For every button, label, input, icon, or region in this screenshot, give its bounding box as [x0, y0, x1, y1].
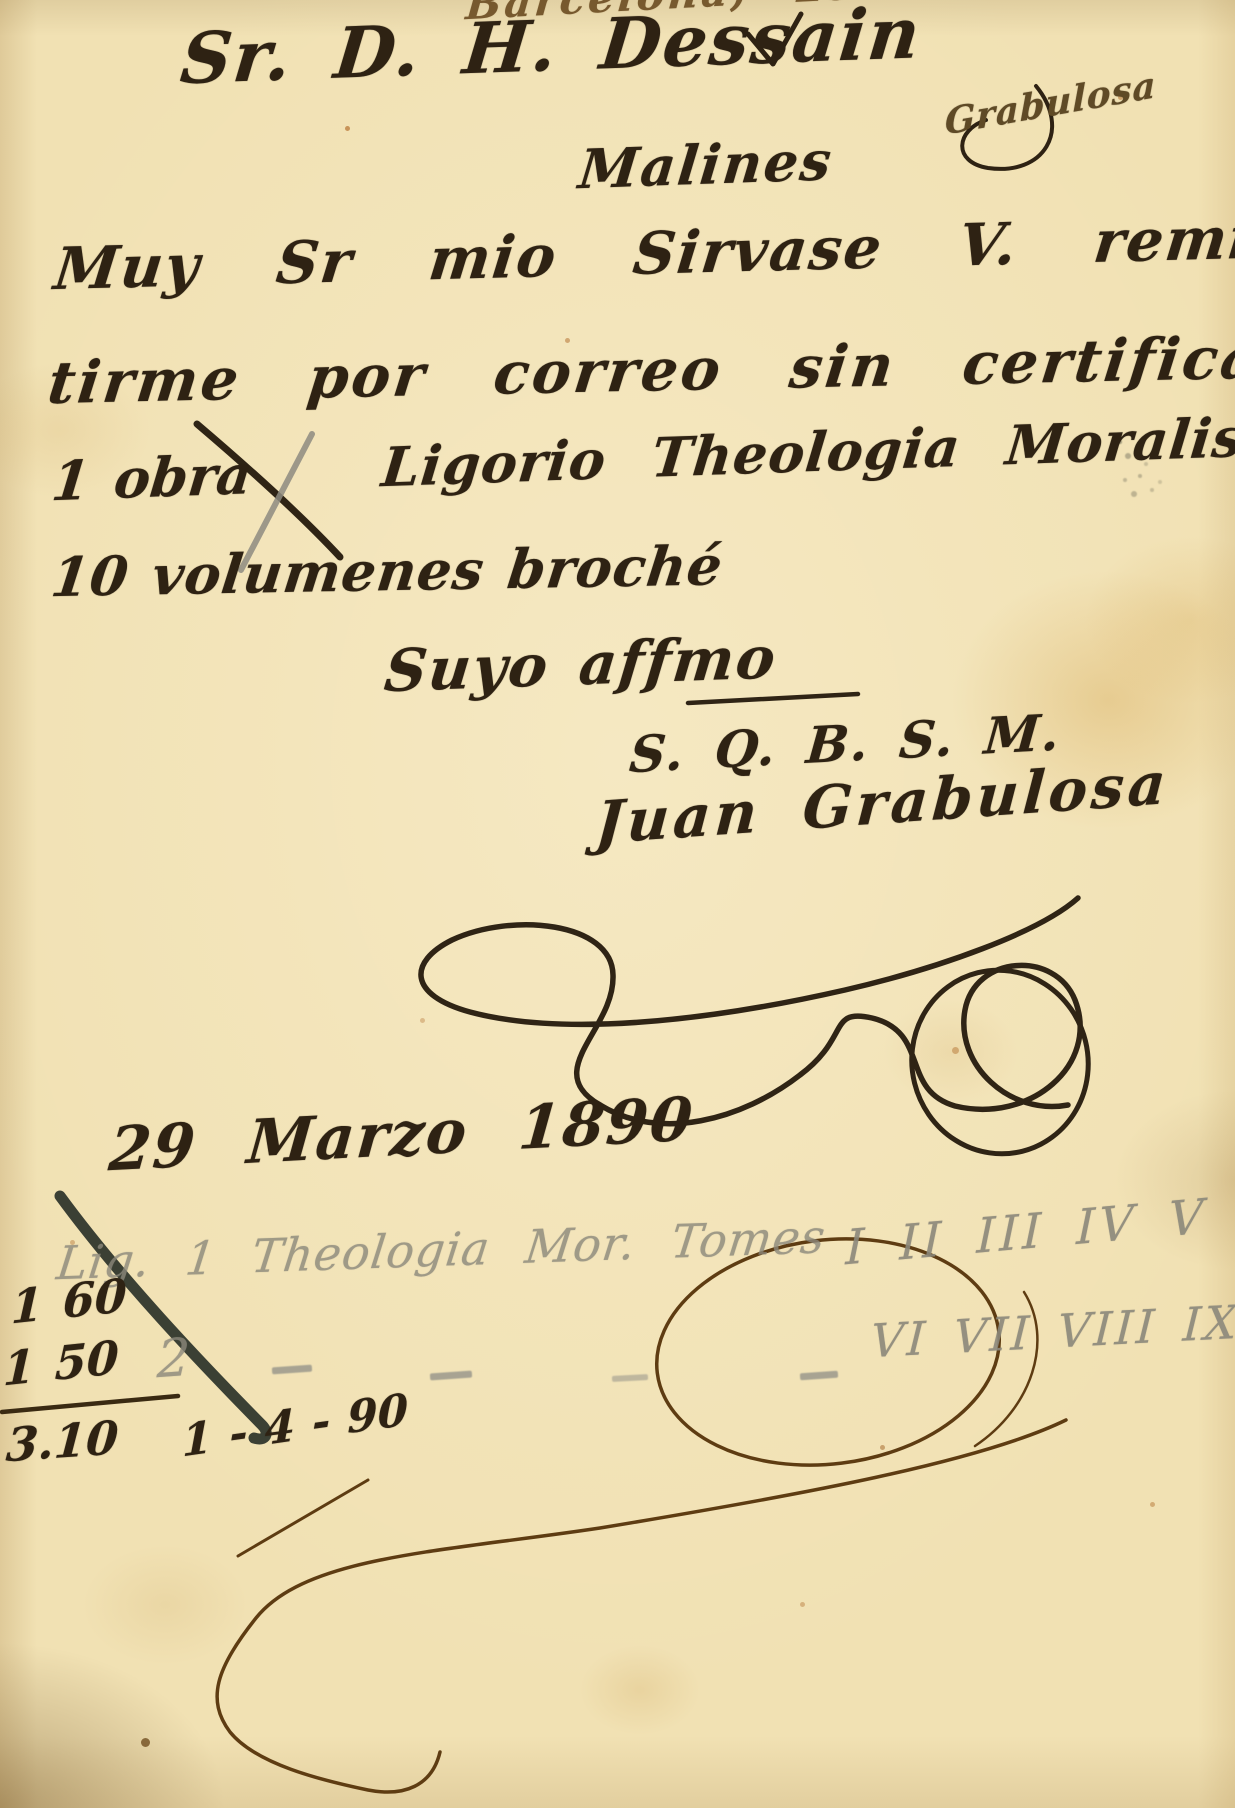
- letter-date: 29 Marzo 1890: [107, 1089, 697, 1180]
- postcard-scan: Barcelona, 29 mars 90 Sr. D. H. Dessain …: [0, 0, 1235, 1808]
- price-line-1: 1 60: [10, 1272, 127, 1331]
- recipient-annotation: Grabulosa: [945, 67, 1156, 141]
- price-line-2: 1 50: [2, 1334, 119, 1393]
- body-line-2: tirme por correo sin certificar: [45, 328, 1235, 412]
- tome-numerals-row-2: VI VII VIII IX X: [870, 1295, 1235, 1364]
- tome-numerals-row-1: I II III IV V: [845, 1192, 1208, 1272]
- body-line-4: 10 volumenes broché: [48, 538, 726, 604]
- signature-flourish-oval: [892, 951, 1107, 1172]
- pencil-ditto-dash-1: [272, 1365, 312, 1375]
- date-note-underline: [238, 1480, 368, 1556]
- body-line-3-title: Ligorio Theologia Moralis: [379, 410, 1235, 494]
- pencil-ditto-dash-2: [430, 1371, 472, 1381]
- body-line-3-quantity: 1 obra: [49, 447, 254, 508]
- valediction: Suyo affmo: [382, 628, 780, 700]
- sum-line: [2, 1396, 178, 1412]
- pencil-ditto-dash-3: [612, 1374, 648, 1382]
- pencil-note-line-1: Lig. 1 Theologia Mor. Tomes: [54, 1213, 828, 1286]
- fulfillment-date-note: 1 - 4 - 90: [182, 1388, 408, 1464]
- pencil-ditto-dash-4: [800, 1371, 838, 1381]
- valediction-dash: [688, 694, 858, 703]
- recipient-line: Sr. D. H. Dessain: [178, 0, 925, 94]
- paper-stain-specks: [345, 126, 350, 131]
- body-line-1: Muy Sr mio Sirvase V. remi-: [51, 208, 1235, 298]
- price-total: 3.10: [5, 1414, 120, 1468]
- signature-flourish-left: [421, 898, 1078, 1105]
- bottom-sweep-curve: [217, 1420, 1066, 1792]
- pencil-quantity-2: 2: [156, 1332, 191, 1387]
- city-line: Malines: [576, 133, 835, 196]
